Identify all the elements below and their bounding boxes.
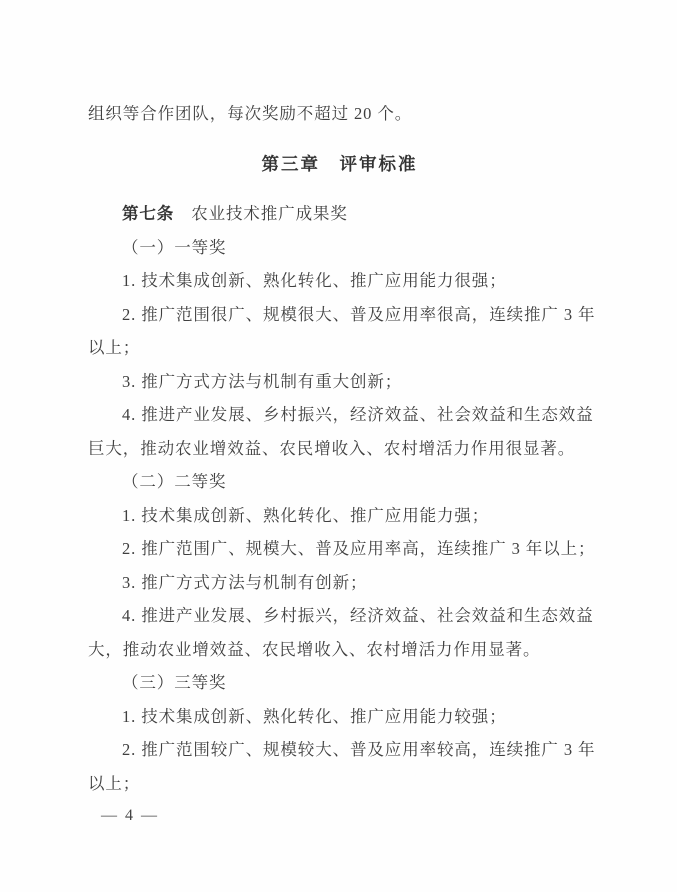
article-number-label: 第七条 [122,204,174,223]
grade2-criterion-4: 4. 推进产业发展、乡村振兴，经济效益、社会效益和生态效益 [88,599,591,633]
article-title: 农业技术推广成果奖 [191,204,348,223]
grade2-criterion-2: 2. 推广范围广、规模大、普及应用率高，连续推广 3 年以上； [88,532,591,566]
grade1-criterion-3: 3. 推广方式方法与机制有重大创新； [88,365,591,399]
grade1-criterion-4-continuation: 巨大，推动农业增效益、农民增收入、农村增活力作用很显著。 [88,432,591,466]
grade1-criterion-4: 4. 推进产业发展、乡村振兴，经济效益、社会效益和生态效益 [88,398,591,432]
grade1-criterion-2-continuation: 以上； [88,331,591,365]
grade2-criterion-1: 1. 技术集成创新、熟化转化、推广应用能力强； [88,499,591,533]
page-number: — 4 — [88,800,591,828]
grade3-heading: （三）三等奖 [88,666,591,700]
grade1-criterion-2: 2. 推广范围很广、规模很大、普及应用率很高，连续推广 3 年 [88,298,591,332]
grade1-heading: （一）一等奖 [88,231,591,265]
document-page: 组织等合作团队，每次奖励不超过 20 个。 第三章 评审标准 第七条农业技术推广… [0,0,677,892]
grade1-criterion-1: 1. 技术集成创新、熟化转化、推广应用能力很强； [88,264,591,298]
chapter-heading: 第三章 评审标准 [88,131,591,198]
grade2-heading: （二）二等奖 [88,465,591,499]
intro-continuation-line: 组织等合作团队，每次奖励不超过 20 个。 [88,97,591,131]
grade2-criterion-4-continuation: 大，推动农业增效益、农民增收入、农村增活力作用显著。 [88,633,591,667]
grade3-criterion-1: 1. 技术集成创新、熟化转化、推广应用能力较强； [88,700,591,734]
grade2-criterion-3: 3. 推广方式方法与机制有创新； [88,566,591,600]
document-content: 组织等合作团队，每次奖励不超过 20 个。 第三章 评审标准 第七条农业技术推广… [0,0,677,828]
article-heading: 第七条农业技术推广成果奖 [88,197,591,231]
grade3-criterion-2-continuation: 以上； [88,767,591,801]
grade3-criterion-2: 2. 推广范围较广、规模较大、普及应用率较高，连续推广 3 年 [88,733,591,767]
